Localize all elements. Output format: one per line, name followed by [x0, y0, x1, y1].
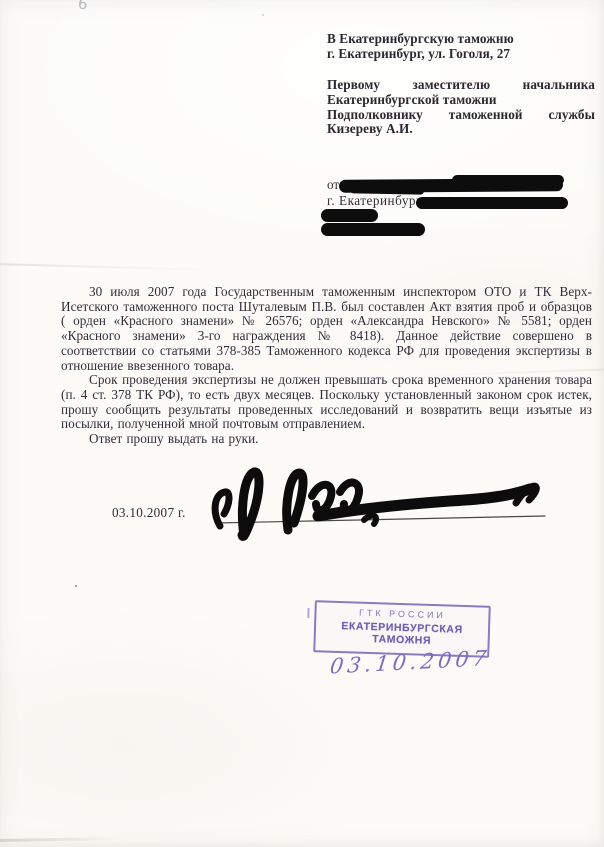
- signature-scribble: [198, 460, 558, 555]
- stamp-office-line: ЕКАТЕРИНБУРГСКАЯ ТАМОЖНЯ: [316, 619, 489, 648]
- body-paragraph-2: Срок проведения экспертизы не должен пре…: [61, 373, 592, 432]
- scan-speck: [75, 585, 77, 587]
- redaction-bar: [452, 175, 564, 185]
- letter-date: 03.10.2007 г.: [112, 505, 186, 521]
- addressee-rank-line: Подполковнику таможенной службы: [327, 108, 595, 123]
- addressee-title-line: Первому заместителю начальника: [327, 78, 595, 93]
- recipient-org-line: В Екатеринбургскую таможню: [327, 31, 595, 46]
- recipient-block: В Екатеринбургскую таможню г. Екатеринбу…: [327, 31, 595, 137]
- redaction-bar: [321, 223, 425, 236]
- letter-body: 30 июля 2007 года Государственным таможе…: [61, 285, 592, 447]
- sender-from-label: от: [327, 177, 339, 193]
- addressee-name-line: Кизереву А.И.: [327, 122, 595, 137]
- pencil-mark: 6: [77, 0, 89, 14]
- redaction-bar: [350, 186, 424, 194]
- paper-crease: [0, 263, 210, 271]
- addressee-block: Первому заместителю начальника Екатеринб…: [327, 78, 595, 137]
- sender-city-label: г. Екатеринбург: [327, 193, 422, 209]
- paper-crease: [0, 837, 120, 842]
- body-paragraph-1: 30 июля 2007 года Государственным таможе…: [61, 285, 592, 373]
- scanned-letter-page: 6 В Екатеринбургскую таможню г. Екатерин…: [0, 0, 604, 847]
- redaction-bar: [321, 209, 378, 222]
- recipient-address-line: г. Екатеринбург, ул. Гоголя, 27: [327, 46, 595, 61]
- scan-speck: [262, 14, 264, 16]
- redaction-bar: [416, 197, 568, 209]
- body-paragraph-3: Ответ прошу выдать на руки.: [61, 432, 592, 447]
- addressee-org-line: Екатеринбургской таможни: [327, 93, 595, 108]
